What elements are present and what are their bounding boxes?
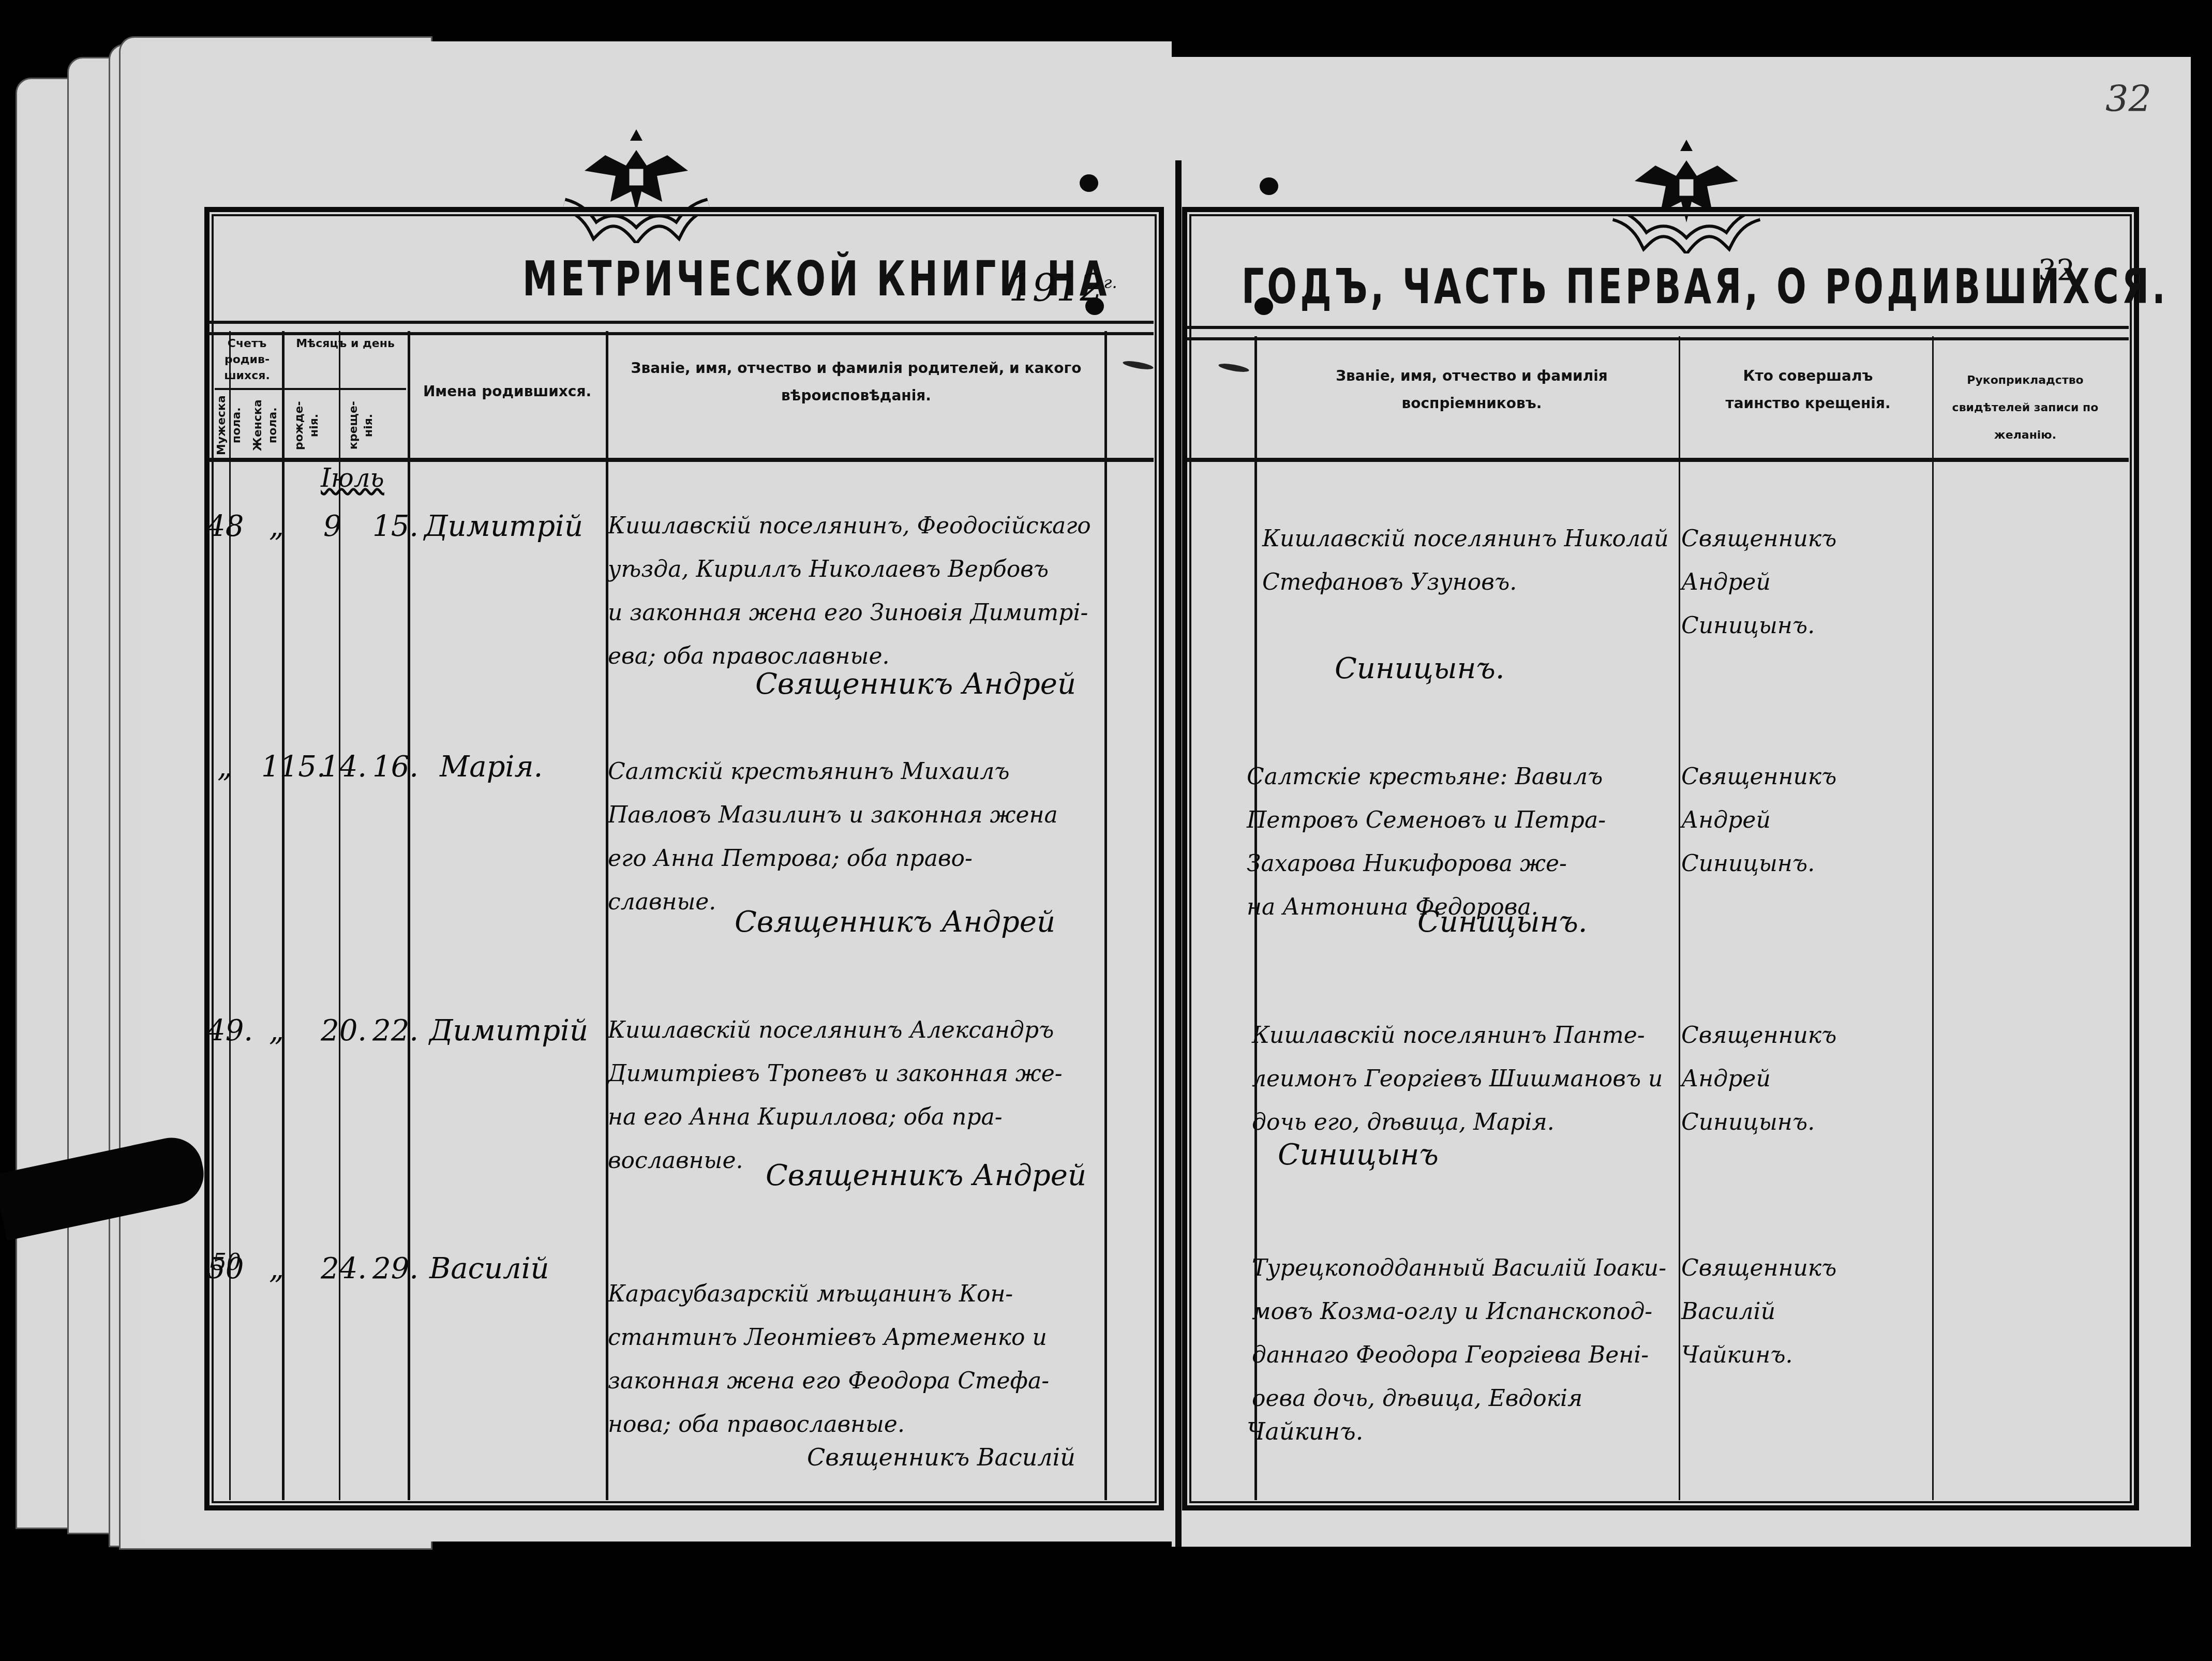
- binding-hole: [1254, 297, 1273, 315]
- parents-signature: Священникъ Андрей: [755, 667, 1076, 701]
- parents-signature: Священникъ Андрей: [766, 1159, 1086, 1192]
- priest-text: Священникъ Андрей Синицынъ.: [1681, 517, 1930, 648]
- female-number: 115.: [261, 750, 326, 784]
- male-number: „: [217, 750, 232, 784]
- binding-hole: [1080, 174, 1098, 192]
- child-name: Марiя.: [440, 750, 543, 784]
- parents-text: Карасубазарскiй мѣщанинъ Кон- стантинъ Л…: [608, 1273, 1099, 1446]
- birth-day: 9: [323, 510, 342, 543]
- parents-text: Салтскiй крестьянинъ Михаилъ Павловъ Маз…: [608, 750, 1099, 924]
- parents-text: Кишлавскiй поселянинъ Александръ Димитрi…: [608, 1009, 1099, 1183]
- baptism-day: 29.: [372, 1252, 419, 1285]
- baptism-day: 22.: [372, 1014, 419, 1048]
- header-parents: Званiе, имя, отчество и фамилiя родителе…: [623, 354, 1089, 409]
- header-baptism: креще-нiя.: [347, 396, 378, 455]
- parents-signature: Священникъ Василiй: [807, 1443, 1075, 1471]
- godparents-signature: Синицынъ.: [1417, 905, 1588, 939]
- baptism-day: 16.: [372, 750, 419, 784]
- godparents-signature: Синицынъ: [1278, 1138, 1439, 1172]
- male-number: 48: [207, 510, 244, 543]
- pencil-page-number: 32: [2105, 78, 2151, 120]
- priest-text: Священникъ Андрей Синицынъ.: [1681, 1014, 1930, 1144]
- header-priest: Кто совершалъ таинство крещенiя.: [1705, 362, 1911, 417]
- godparents-text: Кишлавскiй поселянинъ Панте- леимонъ Гео…: [1252, 1014, 1676, 1144]
- godparents-text: Кишлавскiй поселянинъ Николай Стефановъ …: [1262, 517, 1686, 604]
- birth-day: 20.: [321, 1014, 367, 1048]
- parents-signature: Священникъ Андрей: [735, 905, 1055, 939]
- child-name: Василiй: [429, 1252, 549, 1285]
- godparents-text: Салтскiе крестьяне: Вавилъ Петровъ Семен…: [1247, 755, 1671, 929]
- parents-text: Кишлавскiй поселянинъ, Феодосiйскаго уѣз…: [608, 504, 1099, 678]
- header-signatures: Рукоприкладство свидѣтелей записи по жел…: [1940, 367, 2111, 449]
- godparents-signature: Чайкинъ.: [1247, 1417, 1363, 1445]
- male-number: 49.: [207, 1014, 253, 1048]
- birth-day: 24.: [321, 1252, 367, 1285]
- page-number-printed: 32: [2038, 253, 2075, 287]
- header-count-group: Счетъ родив-шихся.: [212, 336, 282, 384]
- header-birth: рожде-нiя.: [292, 396, 323, 455]
- month-label: Iюль: [321, 463, 384, 493]
- header-names: Имена родившихся.: [410, 378, 604, 405]
- header-date-group: Мѣсяцъ и день: [285, 336, 406, 352]
- priest-text: Священникъ Василiй Чайкинъ.: [1681, 1247, 1930, 1377]
- binding-hole: [1260, 177, 1278, 195]
- baptism-day: 15.: [372, 510, 419, 543]
- year-suffix: г.: [1103, 273, 1117, 292]
- godparents-text: Турецкоподданный Василiй Іоаки- мовъ Коз…: [1252, 1247, 1676, 1420]
- header-female: Женска пола.: [251, 396, 282, 455]
- header-godparents: Званiе, имя, отчество и фамилiя воспрiем…: [1291, 362, 1653, 417]
- birth-day: 14.: [321, 750, 367, 784]
- binding-hole: [1085, 297, 1104, 315]
- female-number: „: [269, 1252, 284, 1285]
- title-right: ГОДЪ, ЧАСТЬ ПЕРВАЯ, О РОДИВШИХСЯ.: [1242, 260, 2169, 315]
- female-number: „: [269, 1014, 284, 1048]
- child-name: Димитрiй: [429, 1014, 588, 1048]
- godparents-signature: Синицынъ.: [1335, 652, 1505, 685]
- child-name: Димитрiй: [424, 510, 583, 543]
- binding-gutter: [1175, 160, 1182, 1547]
- priest-text: Священникъ Андрей Синицынъ.: [1681, 755, 1930, 886]
- male-number: 50: [207, 1252, 244, 1285]
- header-male: Мужеска пола.: [215, 396, 246, 455]
- female-number: „: [269, 510, 284, 543]
